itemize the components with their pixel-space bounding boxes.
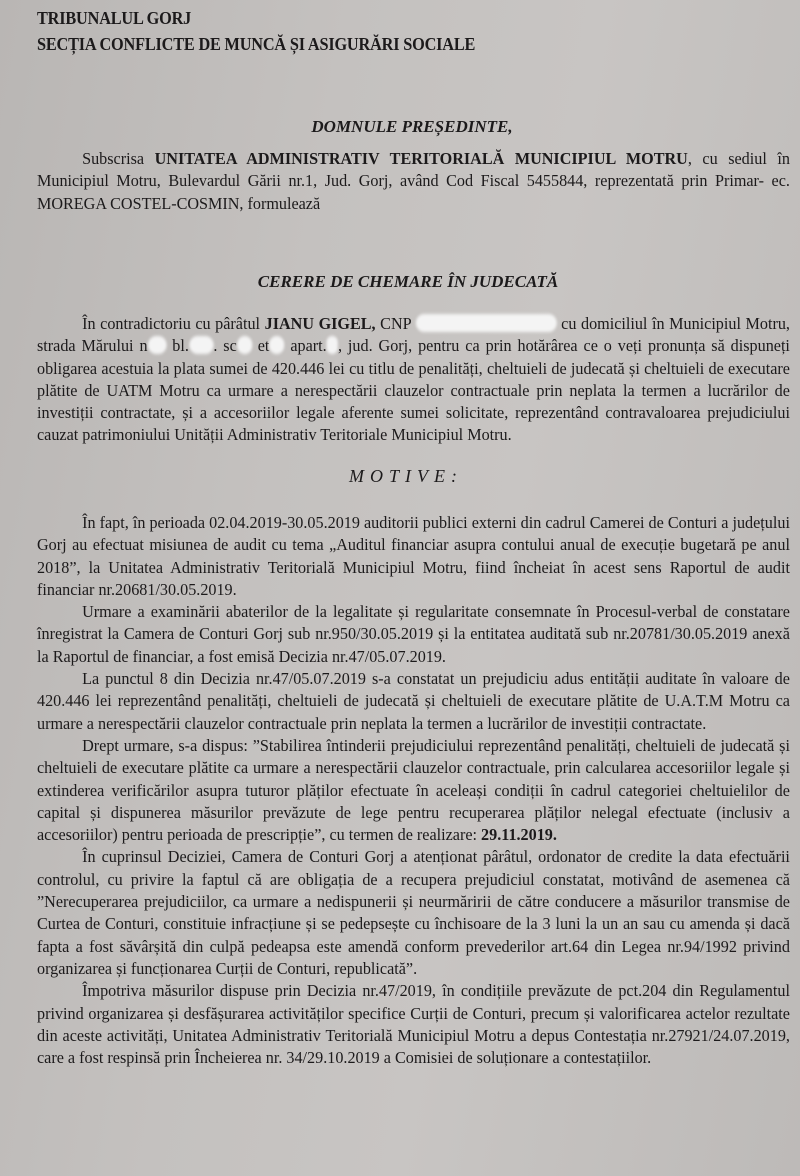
salutation: DOMNULE PREȘEDINTE, [12, 117, 800, 137]
document-page: TRIBUNALUL GORJ SECȚIA CONFLICTE DE MUNC… [0, 0, 800, 1176]
facts-paragraph-6: Împotriva măsurilor dispuse prin Decizia… [37, 980, 790, 1069]
court-name: TRIBUNALUL GORJ [37, 8, 191, 29]
dispus-paragraph: Drept urmare, s-a dispus: ”Stabilirea în… [37, 735, 790, 846]
defendant-name: JIANU GIGEL, [265, 314, 376, 333]
motive-heading: MOTIVE: [6, 466, 800, 487]
facts-paragraph-5: În cuprinsul Deciziei, Camera de Conturi… [37, 846, 790, 980]
redacted-cnp [416, 314, 557, 332]
intro-paragraph: Subscrisa UNITATEA ADMINISTRATIV TERITOR… [37, 148, 790, 215]
claim-paragraph: În contradictoriu cu pârâtul JIANU GIGEL… [37, 313, 790, 447]
redacted-floor [269, 336, 284, 354]
deadline-date: 29.11.2019. [481, 825, 557, 844]
facts-paragraph-1: În fapt, în perioada 02.04.2019-30.05.20… [37, 512, 790, 601]
facts-section: În fapt, în perioada 02.04.2019-30.05.20… [37, 512, 790, 1069]
document-title: CERERE DE CHEMARE ÎN JUDECATĂ [8, 272, 800, 292]
redacted-block [189, 336, 213, 354]
intro-section: Subscrisa UNITATEA ADMINISTRATIV TERITOR… [37, 148, 790, 215]
court-section: SECȚIA CONFLICTE DE MUNCĂ ȘI ASIGURĂRI S… [37, 34, 475, 55]
redacted-apartment [327, 336, 338, 354]
plaintiff-name: UNITATEA ADMINISTRATIV TERITORIALĂ MUNIC… [155, 149, 688, 168]
redacted-stair [237, 336, 252, 354]
facts-paragraph-2: Urmare a examinării abaterilor de la leg… [37, 601, 790, 668]
claim-section: În contradictoriu cu pârâtul JIANU GIGEL… [37, 313, 790, 447]
redacted-number [148, 336, 167, 354]
facts-paragraph-3: La punctul 8 din Decizia nr.47/05.07.201… [37, 668, 790, 735]
